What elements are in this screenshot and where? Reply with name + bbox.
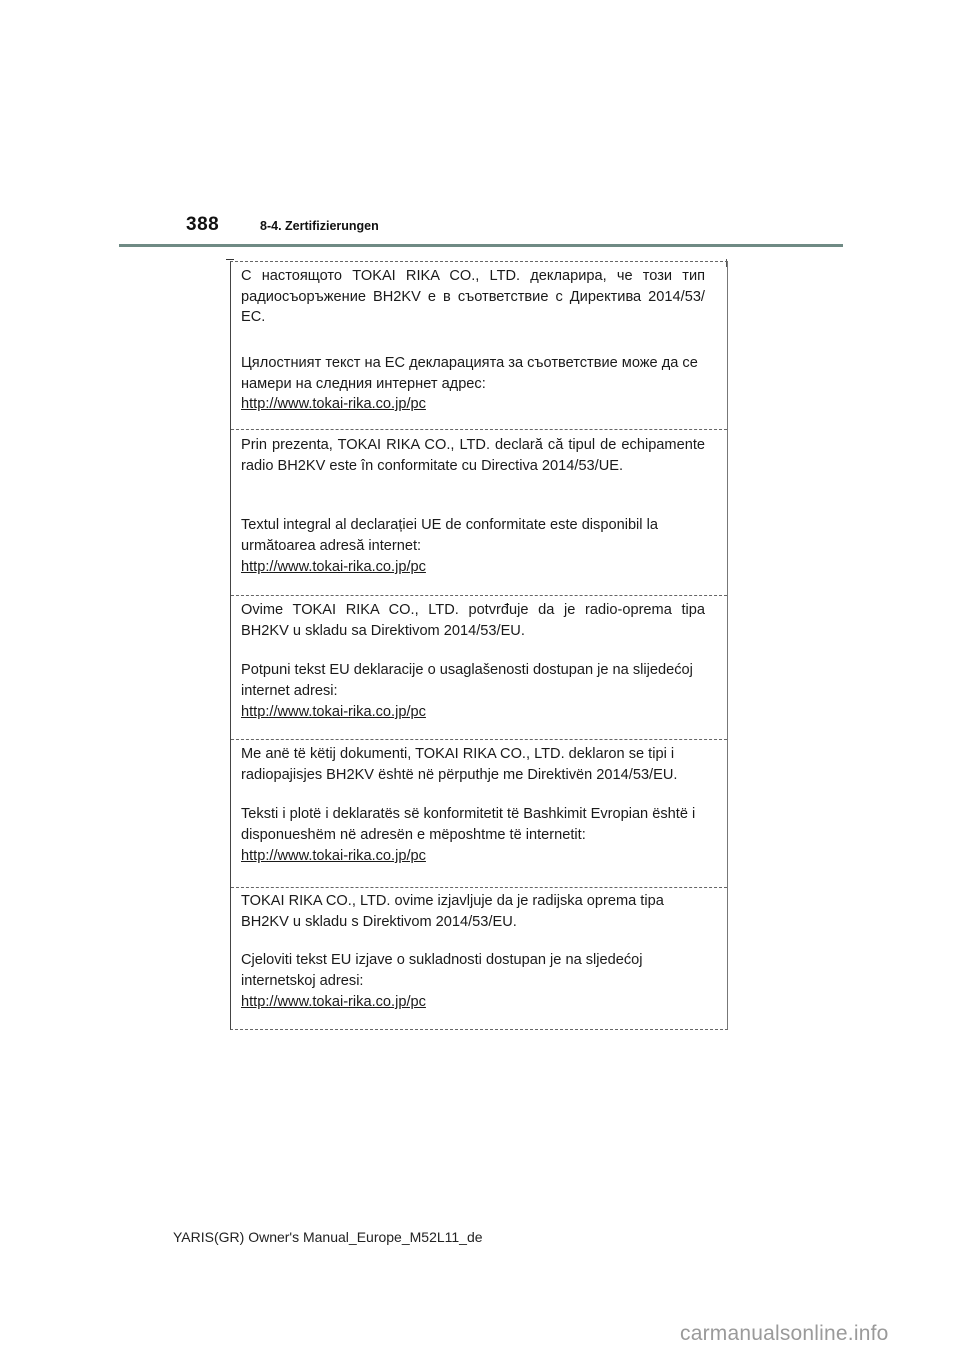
declaration-block-ro: Prin prezenta, TOKAI RIKA CO., LTD. decl… xyxy=(231,429,727,596)
section-title: 8-4. Zertifizierungen xyxy=(260,219,379,233)
declaration-link[interactable]: http://www.tokai-rika.co.jp/pc xyxy=(241,992,705,1013)
declaration-statement: Me anë të këtij dokumenti, TOKAI RIKA CO… xyxy=(241,744,705,785)
watermark[interactable]: carmanualsonline.info xyxy=(680,1322,889,1346)
header-rule xyxy=(119,244,843,247)
declaration-link[interactable]: http://www.tokai-rika.co.jp/pc xyxy=(241,394,705,415)
declaration-block-bg: С настоящото TOKAI RIKA CO., LTD. деклар… xyxy=(231,262,727,429)
declaration-statement: Ovime TOKAI RIKA CO., LTD. potvrđuje da … xyxy=(241,600,705,641)
declaration-availability: Teksti i plotë i deklaratës së konformit… xyxy=(241,804,705,845)
declaration-availability: Cjeloviti tekst EU izjave o sukladnosti … xyxy=(241,950,705,991)
declaration-block-hr: TOKAI RIKA CO., LTD. ovime izjavljuje da… xyxy=(231,887,727,1030)
declaration-link-text[interactable]: http://www.tokai-rika.co.jp/pc xyxy=(241,846,426,867)
declaration-link-text[interactable]: http://www.tokai-rika.co.jp/pc xyxy=(241,557,426,578)
declaration-link[interactable]: http://www.tokai-rika.co.jp/pc xyxy=(241,702,705,723)
declaration-block-sq: Me anë të këtij dokumenti, TOKAI RIKA CO… xyxy=(231,739,727,888)
declaration-block-bs: Ovime TOKAI RIKA CO., LTD. potvrđuje da … xyxy=(231,595,727,740)
declaration-link-text[interactable]: http://www.tokai-rika.co.jp/pc xyxy=(241,992,426,1013)
declaration-link[interactable]: http://www.tokai-rika.co.jp/pc xyxy=(241,557,705,578)
footer-manual-id: YARIS(GR) Owner's Manual_Europe_M52L11_d… xyxy=(173,1229,483,1245)
declaration-link[interactable]: http://www.tokai-rika.co.jp/pc xyxy=(241,846,705,867)
page-number: 388 xyxy=(186,214,219,236)
declarations-box: С настоящото TOKAI RIKA CO., LTD. деклар… xyxy=(230,261,728,1030)
declaration-availability: Цялостният текст на ЕС декларацията за с… xyxy=(241,353,705,394)
declaration-statement: TOKAI RIKA CO., LTD. ovime izjavljuje da… xyxy=(241,891,705,932)
declaration-statement: С настоящото TOKAI RIKA CO., LTD. деклар… xyxy=(241,266,705,328)
box-corner-tick-left xyxy=(226,259,234,260)
declaration-availability: Textul integral al declarației UE de con… xyxy=(241,515,705,556)
declaration-availability: Potpuni tekst EU deklaracije o usaglašen… xyxy=(241,660,705,701)
declaration-statement: Prin prezenta, TOKAI RIKA CO., LTD. decl… xyxy=(241,435,705,476)
declaration-link-text[interactable]: http://www.tokai-rika.co.jp/pc xyxy=(241,394,426,415)
declaration-link-text[interactable]: http://www.tokai-rika.co.jp/pc xyxy=(241,702,426,723)
